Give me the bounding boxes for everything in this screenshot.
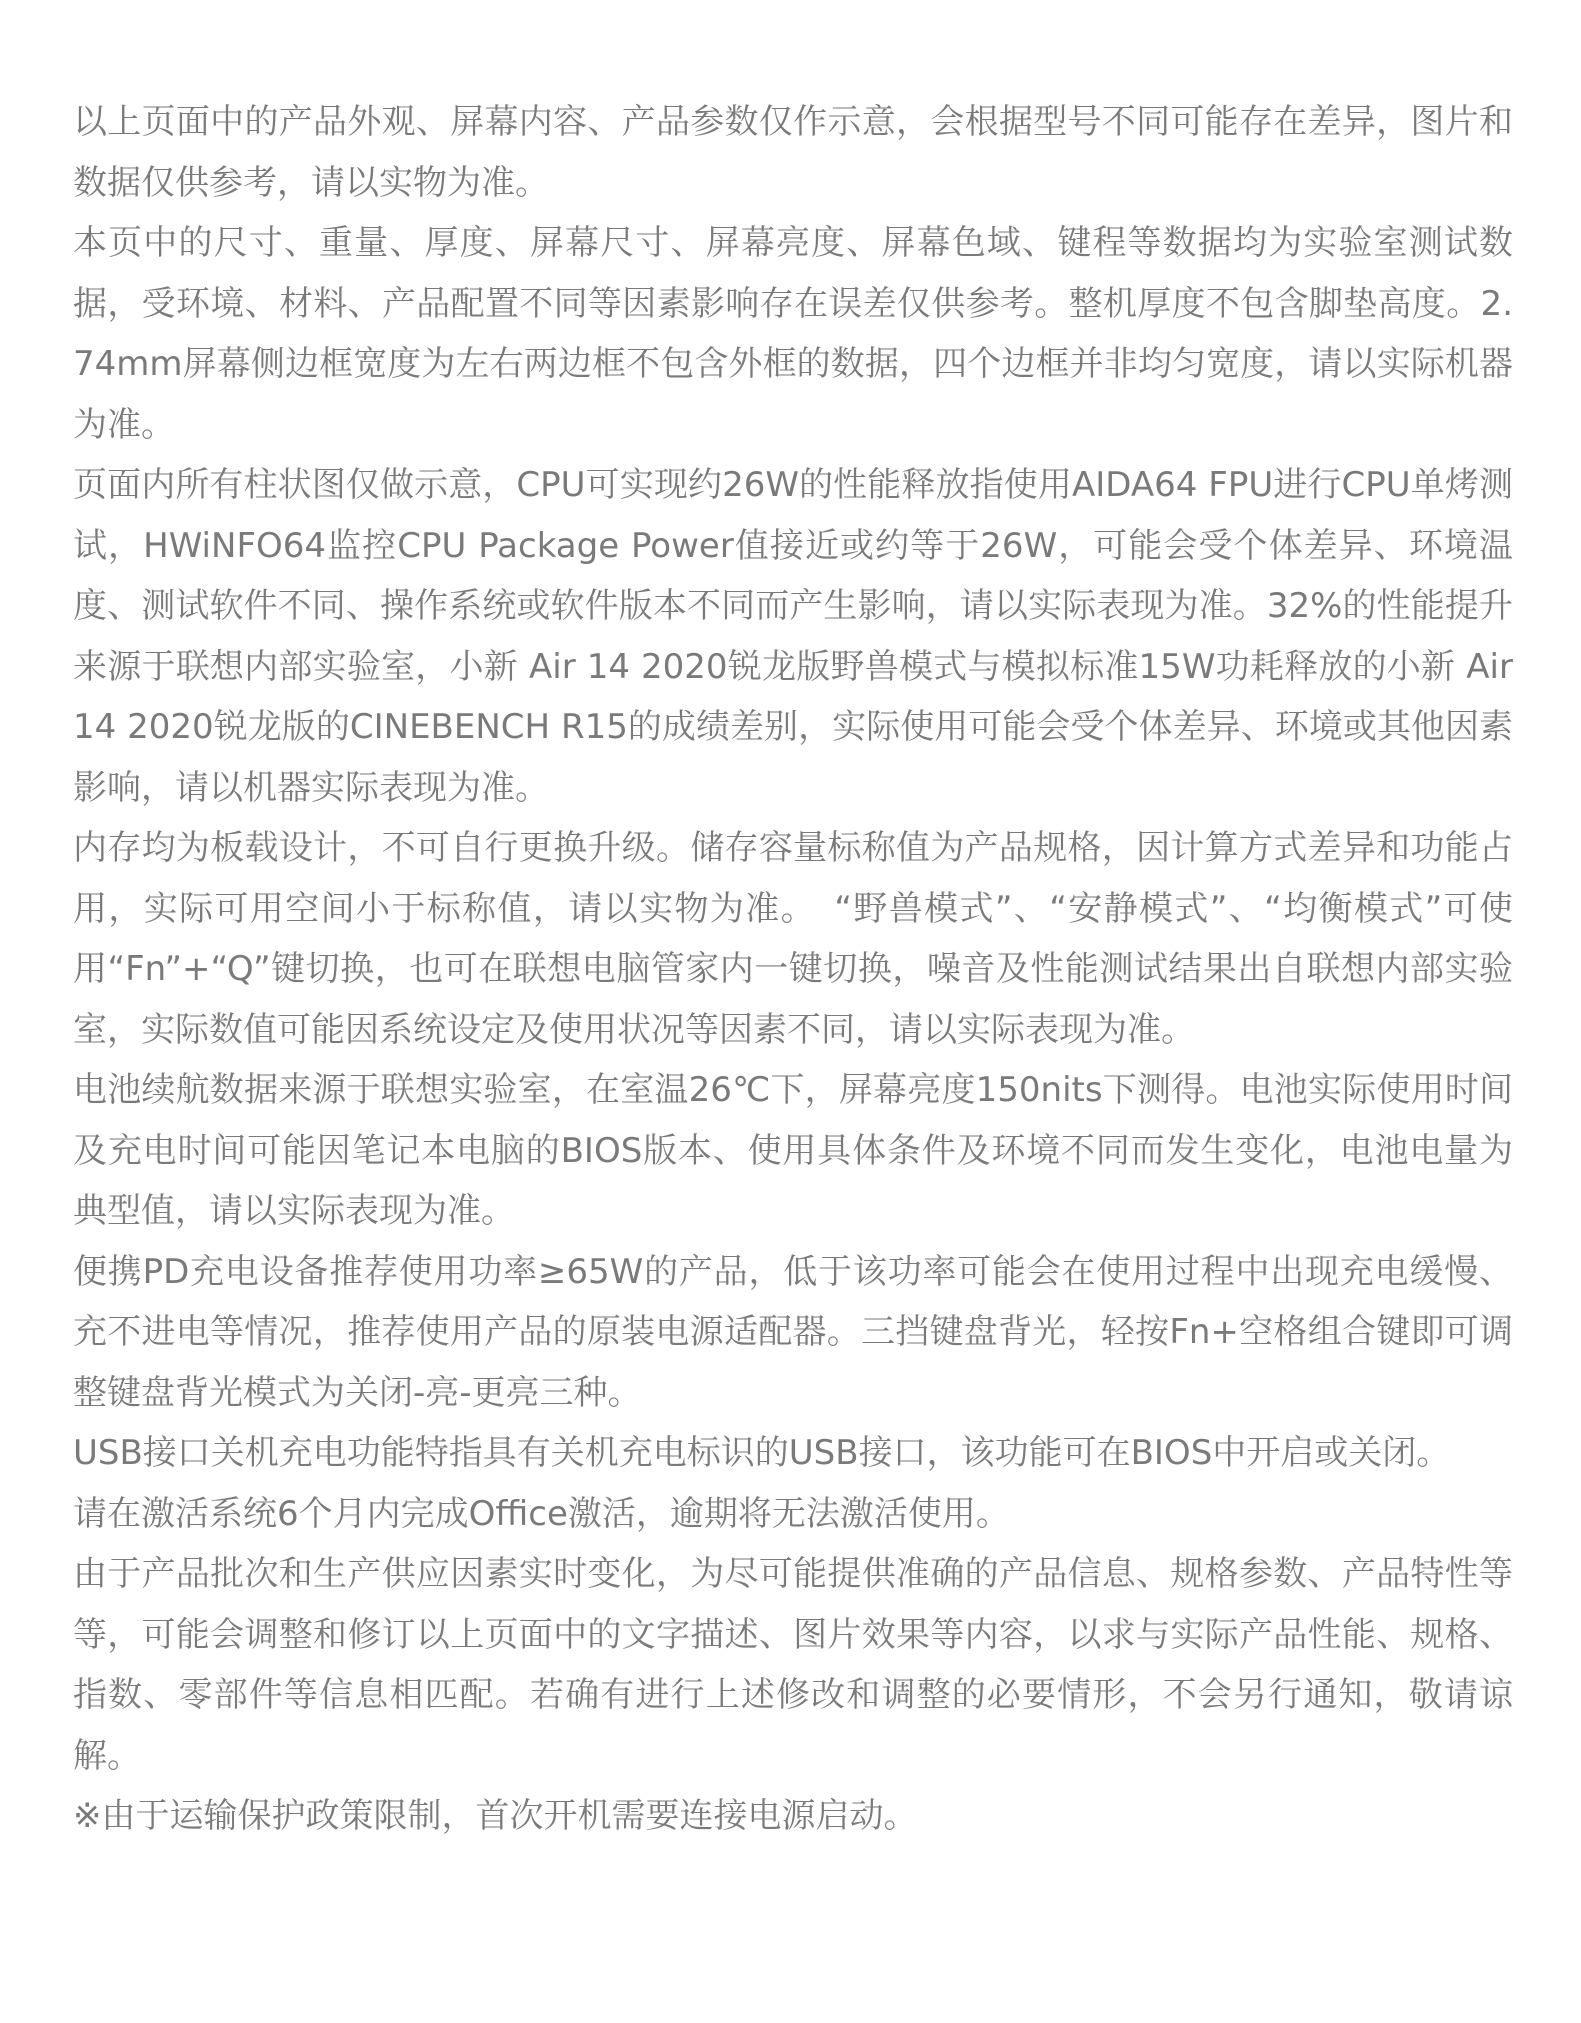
disclaimer-office-activation-note: 请在激活系统6个月内完成Office激活，逾期将无法激活使用。 xyxy=(73,1484,1513,1545)
disclaimer-appearance-note: 以上页面中的产品外观、屏幕内容、产品参数仅作示意，会根据型号不同可能存在差异，图… xyxy=(73,92,1513,213)
disclaimer-battery-note: 电池续航数据来源于联想实验室，在室温26℃下，屏幕亮度150nits下测得。电池… xyxy=(73,1060,1513,1242)
disclaimer-usb-charging-note: USB接口关机充电功能特指具有关机充电标识的USB接口，该功能可在BIOS中开启… xyxy=(73,1423,1513,1484)
disclaimer-memory-modes-note: 内存均为板载设计，不可自行更换升级。储存容量标称值为产品规格，因计算方式差异和功… xyxy=(73,818,1513,1060)
disclaimer-dimensions-note: 本页中的尺寸、重量、厚度、屏幕尺寸、屏幕亮度、屏幕色域、键程等数据均为实验室测试… xyxy=(73,213,1513,455)
disclaimer-content-revision-note: 由于产品批次和生产供应因素实时变化，为尽可能提供准确的产品信息、规格参数、产品特… xyxy=(73,1544,1513,1786)
disclaimer-charging-backlight-note: 便携PD充电设备推荐使用功率≥65W的产品，低于该功率可能会在使用过程中出现充电… xyxy=(73,1242,1513,1424)
disclaimer-cpu-performance-note: 页面内所有柱状图仅做示意，CPU可实现约26W的性能释放指使用AIDA64 FP… xyxy=(73,455,1513,818)
disclaimer-text-block: 以上页面中的产品外观、屏幕内容、产品参数仅作示意，会根据型号不同可能存在差异，图… xyxy=(73,92,1513,1847)
disclaimer-first-boot-note: ※由于运输保护政策限制，首次开机需要连接电源启动。 xyxy=(73,1786,1513,1847)
